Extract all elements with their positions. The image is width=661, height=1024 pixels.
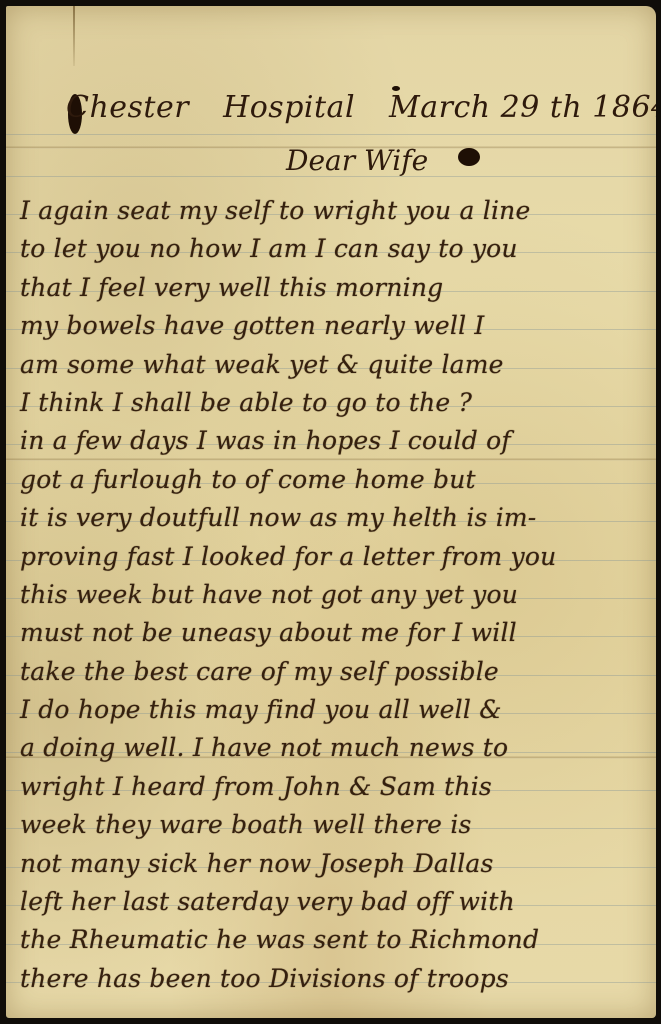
letter-line: a doing well. I have not much news to xyxy=(20,729,650,767)
heading-date: March 29 th 1864 xyxy=(389,90,656,125)
letter-line: left her last saterday very bad off with xyxy=(20,883,650,921)
letter-line: wright I heard from John & Sam this xyxy=(20,768,650,806)
letter-heading: Chester Hospital March 29 th 1864 xyxy=(66,90,656,125)
letter-line: my bowels have gotten nearly well I xyxy=(20,307,650,345)
letter-line: that I feel very well this morning xyxy=(20,269,650,307)
letter-line: in a few days I was in hopes I could of xyxy=(20,422,650,460)
letter-line: am some what weak yet & quite lame xyxy=(20,346,650,384)
letter-line: to let you no how I am I can say to you xyxy=(20,230,650,268)
letter-line: I do hope this may find you all well & xyxy=(20,691,650,729)
ink-blot xyxy=(458,148,480,166)
salutation: Dear Wife xyxy=(286,144,428,177)
letter-line: it is very doutfull now as my helth is i… xyxy=(20,499,650,537)
letter-line: got a furlough to of come home but xyxy=(20,461,650,499)
heading-institution: Hospital xyxy=(223,90,355,125)
letter-line: take the best care of my self possible xyxy=(20,653,650,691)
letter-page: Chester Hospital March 29 th 1864 Dear W… xyxy=(6,6,656,1018)
letter-line: must not be uneasy about me for I will xyxy=(20,614,650,652)
scan-frame: Chester Hospital March 29 th 1864 Dear W… xyxy=(0,0,661,1024)
heading-place: Chester xyxy=(66,90,189,125)
letter-body: I again seat my self to wright you a lin… xyxy=(20,192,650,998)
letter-line: the Rheumatic he was sent to Richmond xyxy=(20,921,650,959)
ruled-line xyxy=(6,134,656,135)
letter-line: I think I shall be able to go to the ? xyxy=(20,384,650,422)
letter-line: I again seat my self to wright you a lin… xyxy=(20,192,650,230)
letter-line: week they ware boath well there is xyxy=(20,806,650,844)
letter-line: this week but have not got any yet you xyxy=(20,576,650,614)
letter-line: proving fast I looked for a letter from … xyxy=(20,538,650,576)
letter-line: there has been too Divisions of troops xyxy=(20,960,650,998)
fold-crease-vertical xyxy=(73,6,75,66)
letter-line: not many sick her now Joseph Dallas xyxy=(20,845,650,883)
